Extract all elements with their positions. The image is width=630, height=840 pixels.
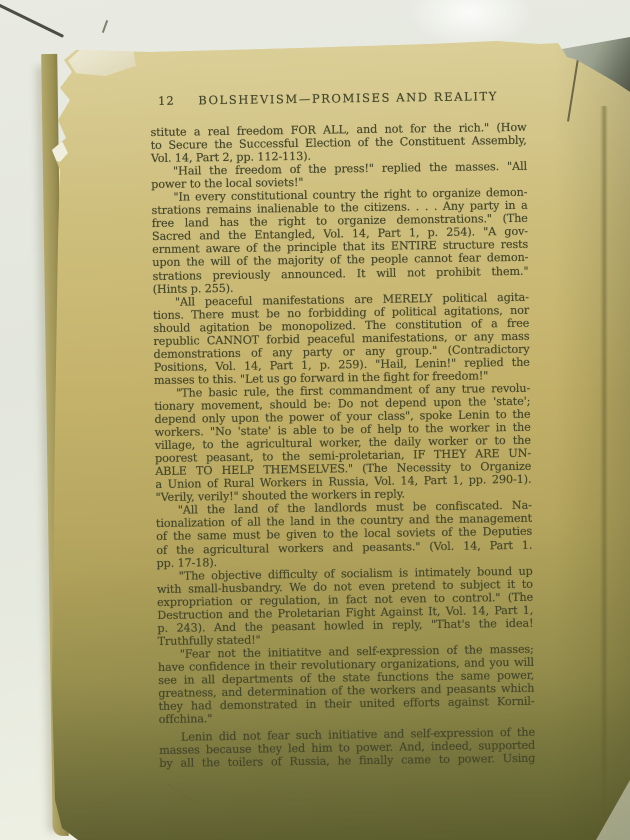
- page-number: 12: [158, 94, 175, 108]
- corner-scratch-line: [0, 1, 64, 38]
- page-text-body: stitute a real freedom FOR ALL, and not …: [150, 121, 535, 770]
- photo-frame: 12 BOLSHEVISM—PROMISES AND REALITY stitu…: [0, 0, 630, 840]
- dust-speck: [102, 20, 108, 33]
- printed-text-layer: 12 BOLSHEVISM—PROMISES AND REALITY stitu…: [150, 89, 535, 770]
- gutter-crease: [600, 106, 608, 840]
